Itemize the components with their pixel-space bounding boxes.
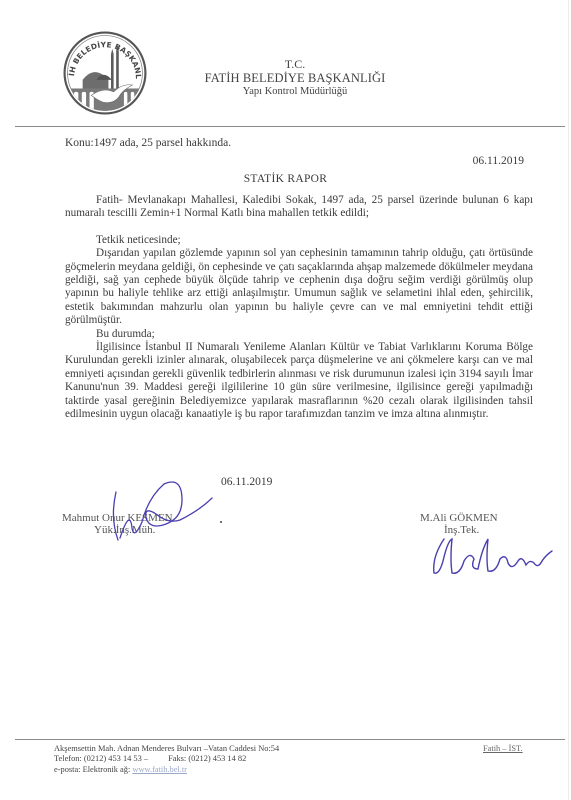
document-title: STATİK RAPOR <box>0 173 571 185</box>
footer-fax: Faks: (0212) 453 14 82 <box>168 754 246 763</box>
paragraph-intro: Fatih- Mevlanakapı Mahallesi, Kaledibi S… <box>65 194 533 221</box>
closing-date: 06.11.2019 <box>221 476 272 488</box>
handwritten-signature-left-icon <box>108 478 218 542</box>
letterhead: T.C. FATİH BELEDİYE BAŞKANLIĞI Yapı Kont… <box>150 58 440 98</box>
document-body: Fatih- Mevlanakapı Mahallesi, Kaledibi S… <box>65 194 533 422</box>
footer-phone-fax: Telefon: (0212) 453 14 53 –Faks: (0212) … <box>54 754 279 764</box>
footer-address: Akşemsettin Mah. Adnan Menderes Bulvarı … <box>54 744 279 754</box>
footer-phone: Telefon: (0212) 453 14 53 – <box>54 754 148 763</box>
paragraph-examination-heading: Tetkik neticesinde; <box>65 234 533 247</box>
paragraph-findings: Dışarıdan yapılan gözlemde yapının sol y… <box>65 247 533 327</box>
signature-mark <box>220 521 222 523</box>
municipality-logo-icon: FATİH BELEDİYE BAŞKANLIĞI <box>62 30 148 116</box>
paragraph-conclusion-heading: Bu durumda; <box>65 328 533 341</box>
letterhead-department: Yapı Kontrol Müdürlüğü <box>150 85 440 98</box>
footer-website-link[interactable]: www.fatih.bel.tr <box>132 765 187 774</box>
letterhead-institution: FATİH BELEDİYE BAŞKANLIĞI <box>150 71 440 85</box>
page-edge <box>568 0 569 800</box>
document-subject: Konu:1497 ada, 25 parsel hakkında. <box>65 137 231 149</box>
handwritten-signature-right-icon <box>430 535 558 577</box>
signature-block-right: M.Ali GÖKMEN İnş.Tek. <box>420 512 498 536</box>
footer-email: e-posta: Elektronik ağ: www.fatih.bel.tr <box>54 765 279 775</box>
footer-contact: Akşemsettin Mah. Adnan Menderes Bulvarı … <box>54 744 279 775</box>
footer-email-label: e-posta: Elektronik ağ: <box>54 765 130 774</box>
letterhead-republic: T.C. <box>150 58 440 71</box>
footer-divider <box>15 739 565 740</box>
paragraph-decision: İlgilisince İstanbul II Numaralı Yenilem… <box>65 341 533 421</box>
header-divider <box>15 126 565 127</box>
footer-city: Fatih – İST. <box>483 744 523 753</box>
document-date: 06.11.2019 <box>473 155 524 167</box>
signatory-name: M.Ali GÖKMEN <box>420 512 498 524</box>
